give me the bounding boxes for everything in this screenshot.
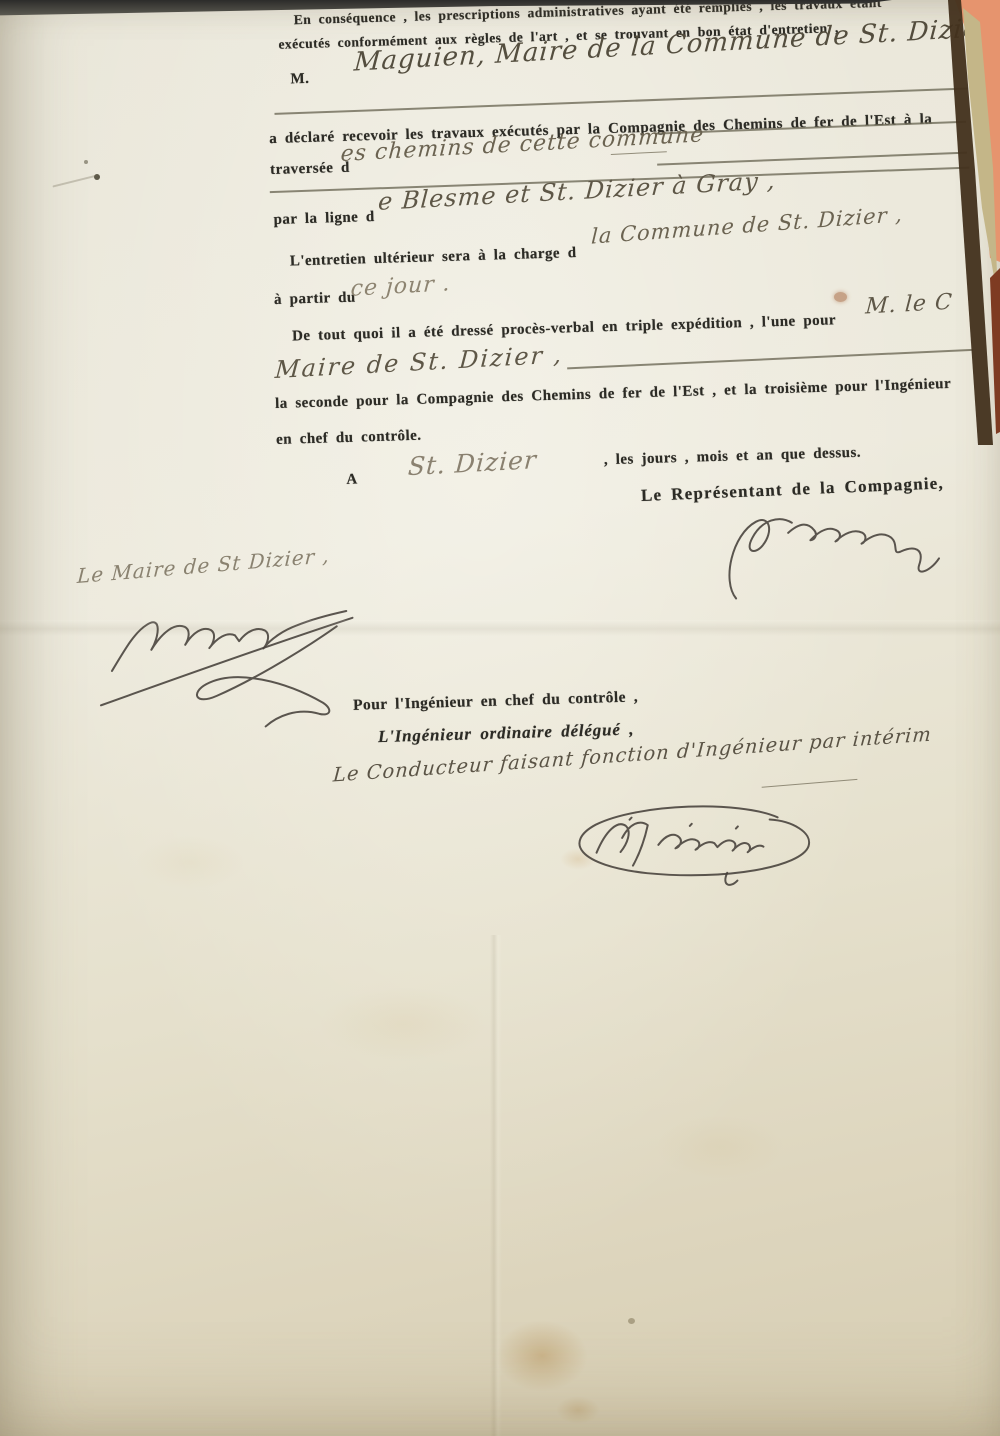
lieu-handwritten-value: St. Dizier (407, 445, 538, 481)
handwritten-underline (762, 779, 858, 788)
partir-handwritten-value: ce jour . (350, 271, 452, 302)
ruled-line (567, 349, 973, 369)
partir-label: à partir du (274, 290, 356, 309)
company-representative-signature (703, 488, 966, 606)
ruled-line (274, 87, 968, 114)
entretien-line: L'entretien ultérieur sera à la charge d (290, 245, 577, 270)
ruled-line (657, 152, 967, 165)
document-page: En conséquence , les prescriptions admin… (0, 0, 1000, 1435)
lieu-label: A (346, 472, 358, 489)
document-photo: En conséquence , les prescriptions admin… (0, 0, 1000, 1436)
traversee-label: traversée d (270, 160, 350, 179)
engineer-signature (529, 791, 862, 901)
binding-edge (930, 0, 1000, 445)
ligne-label: par la ligne d (273, 209, 375, 229)
monsieur-label: M. (290, 71, 309, 89)
mayor-signature (84, 581, 398, 735)
chef-line: en chef du contrôle. (276, 428, 422, 449)
maire-handwritten-value: Maire de St. Dizier , (274, 340, 564, 384)
seconde-line: la seconde pour la Compagnie des Chemins… (275, 376, 951, 413)
ligne-handwritten-value: e Blesme et St. Dizier à Gray , (377, 166, 777, 216)
jours-line: , les jours , mois et an que dessus. (604, 445, 862, 470)
entretien-handwritten-value: la Commune de St. Dizier , (591, 202, 904, 248)
maire-left-line: Le Maire de St Dizier , (76, 543, 330, 588)
ingenieur-ordinaire-line: L'Ingénieur ordinaire délégué , (378, 720, 635, 748)
